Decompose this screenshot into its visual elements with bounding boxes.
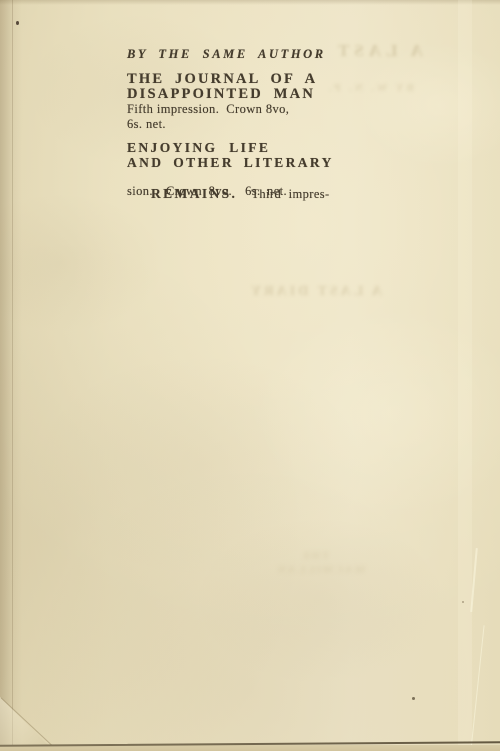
show-through-text: MACMILLAN [276, 564, 366, 576]
binding-crease [12, 0, 13, 751]
paper-speck [462, 601, 464, 603]
paper-speck [16, 21, 19, 25]
paper-scratch [470, 625, 484, 750]
right-light-band [458, 0, 472, 751]
book-detail-line: Fifth impression. Crown 8vo, [127, 103, 289, 116]
book-detail-line: sion. Crown 8vo. 6s. net. [127, 185, 287, 198]
same-author-heading: BY THE SAME AUTHOR [127, 48, 326, 61]
top-edge-shadow [0, 0, 500, 5]
book-title-line: AND OTHER LITERARY [127, 156, 334, 170]
book-title-line: DISAPPOINTED MAN [127, 87, 315, 102]
binding-edge-shadow [0, 0, 22, 751]
show-through-text: BY W. N. P. [326, 82, 414, 94]
book-detail-line: 6s. net. [127, 118, 166, 131]
show-through-text: A LAST [333, 41, 423, 61]
scanned-book-page: A LAST BY W. N. P. A LAST DIARY THE MACM… [0, 0, 500, 751]
paper-speck [412, 697, 415, 700]
show-through-text: THE [300, 550, 329, 562]
book-title-line: ENJOYING LIFE [127, 141, 270, 155]
book-title-line: THE JOURNAL OF A [127, 72, 317, 87]
show-through-text: A LAST DIARY [248, 284, 382, 300]
